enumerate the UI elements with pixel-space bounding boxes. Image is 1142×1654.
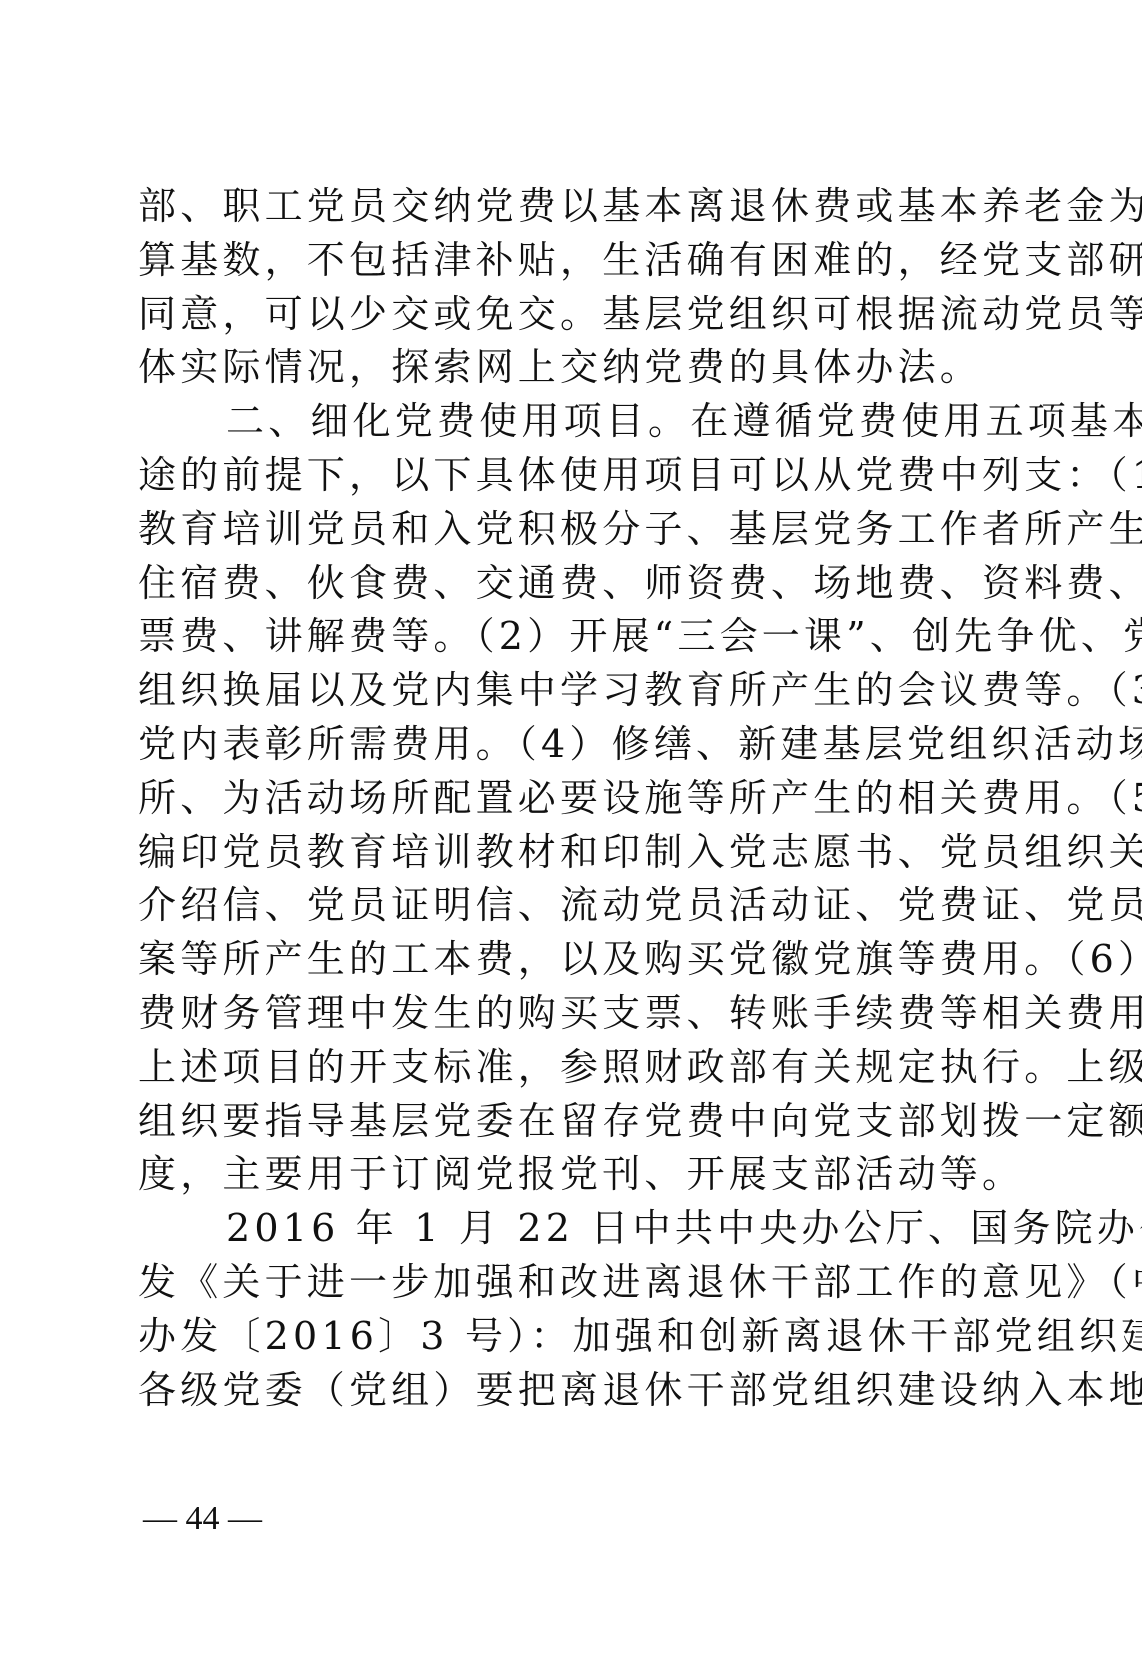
text-line: 各级党委（党组）要把离退休干部党组织建设纳入本地区	[138, 1364, 944, 1418]
text-line: 所、为活动场所配置必要设施等所产生的相关费用。（5）	[138, 772, 944, 826]
text-line: 费财务管理中发生的购买支票、转账手续费等相关费用。	[138, 987, 944, 1041]
text-line: 票费、讲解费等。（2）开展“三会一课”、创先争优、党	[138, 610, 944, 664]
text-line: 上述项目的开支标准，参照财政部有关规定执行。上级党	[138, 1041, 944, 1095]
document-page: 部、职工党员交纳党费以基本离退休费或基本养老金为计 算基数，不包括津补贴，生活确…	[0, 0, 1142, 1654]
text-line: 同意，可以少交或免交。基层党组织可根据流动党员等群	[138, 288, 944, 342]
text-line: 党内表彰所需费用。（4）修缮、新建基层党组织活动场	[138, 718, 944, 772]
section-heading-line: 二、细化党费使用项目。在遵循党费使用五项基本用	[138, 395, 944, 449]
text-line: 发《关于进一步加强和改进离退休干部工作的意见》（中	[138, 1256, 944, 1310]
paragraph-start-line: 2016 年 1 月 22 日中共中央办公厅、国务院办公厅印	[138, 1202, 944, 1256]
text-line: 办发〔2016〕3 号）：加强和创新离退休干部党组织建设。	[138, 1310, 944, 1364]
text-line: 案等所产生的工本费，以及购买党徽党旗等费用。（6）党	[138, 933, 944, 987]
text-line: 算基数，不包括津补贴，生活确有困难的，经党支部研究	[138, 234, 944, 288]
text-line: 途的前提下，以下具体使用项目可以从党费中列支：（1）	[138, 449, 944, 503]
text-line: 度，主要用于订阅党报党刊、开展支部活动等。	[138, 1148, 944, 1202]
text-line: 部、职工党员交纳党费以基本离退休费或基本养老金为计	[138, 180, 944, 234]
text-line: 体实际情况，探索网上交纳党费的具体办法。	[138, 341, 944, 395]
page-number: — 44 —	[143, 1500, 262, 1538]
text-line: 住宿费、伙食费、交通费、师资费、场地费、资料费、门	[138, 557, 944, 611]
text-line: 介绍信、党员证明信、流动党员活动证、党费证、党员档	[138, 879, 944, 933]
text-line: 组织换届以及党内集中学习教育所产生的会议费等。（3）	[138, 664, 944, 718]
body-text: 部、职工党员交纳党费以基本离退休费或基本养老金为计 算基数，不包括津补贴，生活确…	[138, 180, 944, 1417]
text-line: 编印党员教育培训教材和印制入党志愿书、党员组织关系	[138, 826, 944, 880]
text-line: 组织要指导基层党委在留存党费中向党支部划拨一定额	[138, 1095, 944, 1149]
text-line: 教育培训党员和入党积极分子、基层党务工作者所产生的	[138, 503, 944, 557]
